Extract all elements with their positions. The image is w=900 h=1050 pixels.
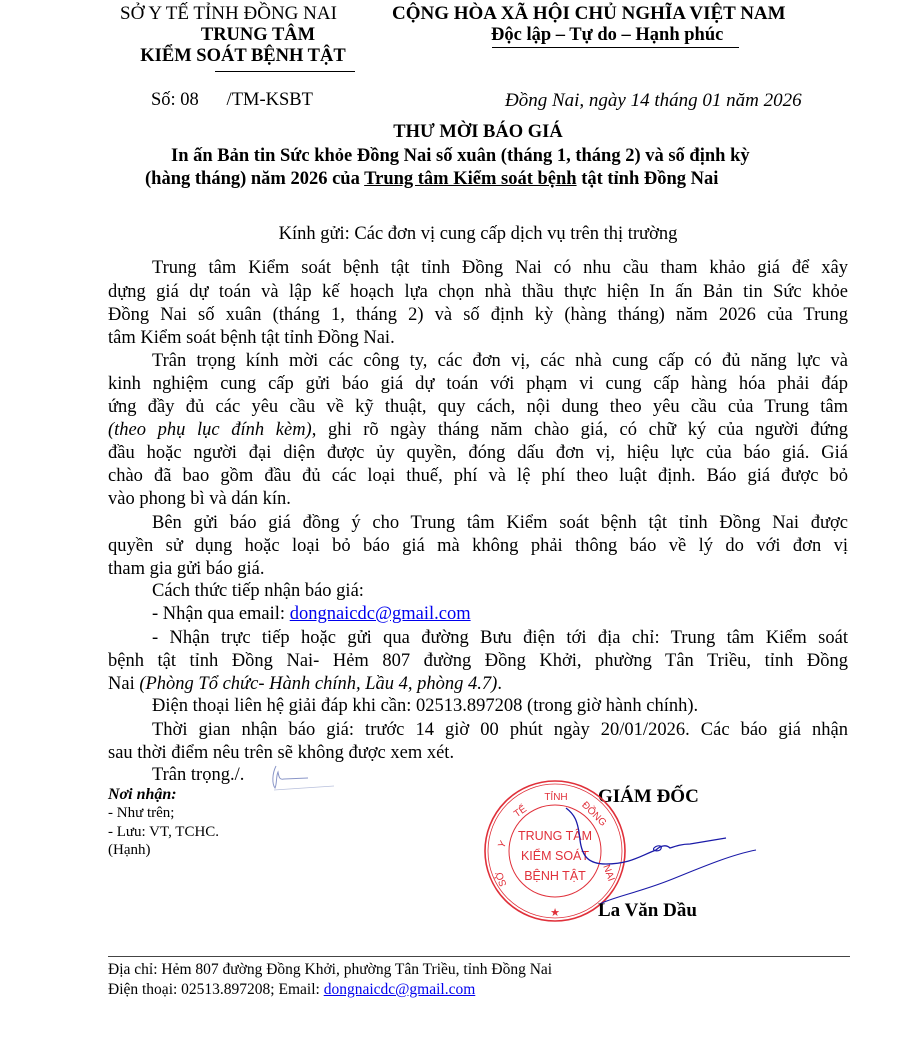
text-line: ứng đầy đủ các yêu cầu về kỹ thuật, quy … — [108, 396, 848, 420]
text-line: bệnh tật tỉnh Đồng Nai- Hẻm 807 đường Đồ… — [108, 650, 848, 674]
text-line: Nai (Phòng Tổ chức- Hành chính, Lầu 4, p… — [108, 673, 848, 697]
phone-line: Điện thoại liên hệ giải đáp khi cần: 025… — [152, 696, 698, 717]
text-line: Trung tâm Kiểm soát bệnh tật tỉnh Đồng N… — [152, 257, 848, 281]
text-line: vào phong bì và dán kín. — [108, 488, 848, 512]
svg-text:TẾ: TẾ — [511, 802, 529, 820]
text-line: kinh nghiệm cung cấp gửi báo giá dự toán… — [108, 373, 848, 397]
unit-name-line1: TRUNG TÂM — [168, 25, 348, 46]
recipient-item: - Lưu: VT, TCHC. — [108, 824, 219, 841]
text-line: (theo phụ lục đính kèm), ghi rõ ngày thá… — [108, 419, 848, 443]
text-line: Trân trọng kính mời các công ty, các đơn… — [152, 350, 848, 374]
text-line: Bên gửi báo giá đồng ý cho Trung tâm Kiể… — [152, 512, 848, 536]
text-line: sau thời điểm nêu trên sẽ không được xem… — [108, 742, 848, 766]
text-segment: Nai — [108, 674, 139, 694]
agency-name: SỞ Y TẾ TỈNH ĐỒNG NAI — [120, 3, 337, 25]
text-line: Đồng Nai số xuân (tháng 1, tháng 2) và s… — [108, 304, 848, 328]
footer-contact: Điện thoại: 02513.897208; Email: dongnai… — [108, 980, 475, 1000]
text-line: chào đã bao gồm đầu đủ các loại thuế, ph… — [108, 465, 848, 489]
initial-signature — [268, 762, 338, 794]
appendix-note: (theo phụ lục đính kèm) — [108, 420, 312, 440]
salutation: Kính gửi: Các đơn vị cung cấp dịch vụ tr… — [108, 224, 848, 245]
subject-line-2: (hàng tháng) năm 2026 của Trung tâm Kiểm… — [145, 169, 718, 190]
nation-title: CỘNG HÒA XÃ HỘI CHỦ NGHĨA VIỆT NAM — [392, 3, 786, 25]
receive-email-line: - Nhận qua email: dongnaicdc@gmail.com — [152, 604, 471, 625]
drafter-initials: (Hạnh) — [108, 842, 150, 859]
subject-text: tật tỉnh Đồng Nai — [577, 169, 719, 189]
subject-underlined-text: Trung tâm Kiểm soát bệnh — [364, 169, 576, 189]
svg-text:Y: Y — [496, 839, 509, 851]
recipient-item: - Như trên; — [108, 805, 174, 822]
footer-email-link[interactable]: dongnaicdc@gmail.com — [324, 981, 476, 998]
svg-text:★: ★ — [550, 907, 560, 919]
text-line: đầu hoặc người đại diện được ủy quyền, đ… — [108, 442, 848, 466]
footer-address: Địa chỉ: Hẻm 807 đường Đồng Khởi, phường… — [108, 960, 552, 980]
text-line: Thời gian nhận báo giá: trước 14 giờ 00 … — [152, 719, 848, 743]
text-segment: , ghi rõ ngày tháng năm chào giá, có chữ… — [312, 420, 848, 440]
motto-underline — [492, 47, 739, 48]
subject-text: (hàng tháng) năm 2026 của — [145, 169, 364, 189]
email-link[interactable]: dongnaicdc@gmail.com — [290, 604, 471, 624]
place-date: Đồng Nai, ngày 14 tháng 01 năm 2026 — [505, 90, 802, 112]
document-number: Số: 08 /TM-KSBT — [151, 90, 313, 111]
text-line: tâm Kiểm soát bệnh tật tỉnh Đồng Nai. — [108, 327, 848, 351]
closing: Trân trọng./. — [152, 765, 244, 786]
document-title: THƯ MỜI BÁO GIÁ — [108, 122, 848, 143]
receive-email-label: - Nhận qua email: — [152, 604, 290, 624]
text-line: quyền sử dụng hoặc loại bỏ báo giá mà kh… — [108, 535, 848, 559]
recipients-label: Nơi nhận: — [108, 786, 177, 804]
text-line: - Nhận trực tiếp hoặc gửi qua đường Bưu … — [152, 627, 848, 651]
unit-name-line2: KIỂM SOÁT BỆNH TẬT — [128, 46, 358, 67]
national-motto: Độc lập – Tự do – Hạnh phúc — [491, 25, 723, 46]
text-line: tham gia gửi báo giá. — [108, 558, 848, 582]
footer-divider — [108, 956, 850, 957]
office-location: (Phòng Tổ chức- Hành chính, Lầu 4, phòng… — [139, 674, 497, 694]
subject-line-1: In ấn Bản tin Sức khỏe Đồng Nai số xuân … — [171, 146, 750, 167]
footer-contact-text: Điện thoại: 02513.897208; Email: — [108, 981, 324, 998]
unit-underline — [215, 71, 355, 72]
text-line: dựng giá dự toán và lập kế hoạch lựa chọ… — [108, 281, 848, 305]
text-segment: . — [497, 674, 502, 694]
receive-heading: Cách thức tiếp nhận báo giá: — [152, 581, 364, 602]
signer-name: La Văn Dầu — [598, 900, 697, 922]
